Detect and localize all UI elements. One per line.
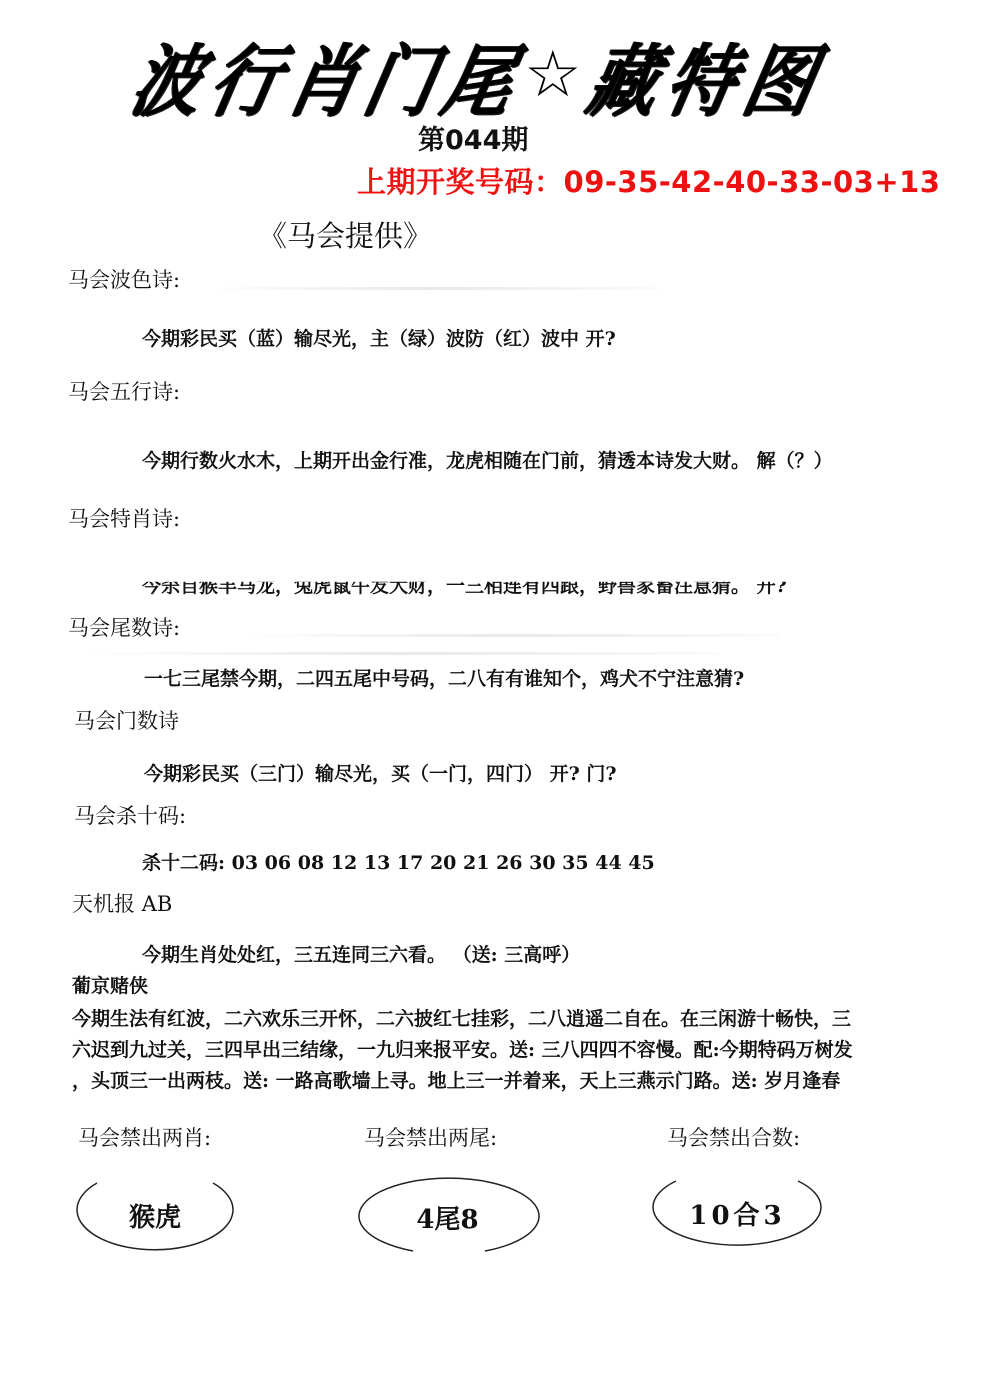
ban-oval-tail: 4尾8 (355, 1175, 540, 1255)
section-text-tail-number: 一七三尾禁今期，二四五尾中号码，二八有有谁知个，鸡犬不宁注意猜? (144, 664, 744, 691)
last-draw-result: 上期开奖号码：09-35-42-40-33-03+13 (357, 160, 941, 201)
last-draw-numbers: 09-35-42-40-33-03+13 (564, 165, 941, 199)
section-heading-gate-number: 马会门数诗 (74, 705, 179, 735)
provider-title: 《马会提供》 (258, 214, 432, 255)
ban-oval-zodiac: 猴虎 (70, 1175, 240, 1260)
ban-value-sum: 10合3 (650, 1195, 825, 1232)
puzzle-paragraph: 今期生法有红波，二六欢乐三开怀，二六披红七挂彩，二八逍遥二自在。在三闲游十畅快，… (72, 1004, 907, 1097)
section-text-kill-numbers: 杀十二码: 03 06 08 12 13 17 20 21 26 30 35 4… (142, 848, 655, 875)
ban-label-zodiac: 马会禁出两肖: (78, 1122, 211, 1152)
scan-artifact-line (240, 634, 780, 637)
star-icon: ☆ (524, 38, 581, 112)
section-text-gate-number: 今期彩民买（三门）输尽光，买（一门，四门） 开? 门? (144, 759, 617, 786)
section-text-tianji: 今期生肖处处红，三五连同三六看。 （送: 三高呼） (142, 940, 580, 967)
section-text-five-elements: 今期行数火水木，上期开出金行准，龙虎相随在门前，猜透本诗发大财。 解（？） (142, 446, 833, 473)
last-draw-label: 上期开奖号码： (357, 165, 564, 199)
banner-char: 波 (123, 19, 215, 131)
scan-artifact-line (80, 652, 720, 655)
puzzle-line: ，头顶三一出两枝。送: 一路高歌墙上寻。地上三一并着来，天上三燕示门路。送: 岁… (72, 1066, 907, 1097)
banner-char: 行 (201, 19, 293, 131)
section-text-special-zodiac: 今杀自猴羊马龙，兔虎鼠牛发大财，一三相连有四跟，野兽家畜注意猜。 开? (142, 571, 787, 598)
banner-char: 门 (357, 19, 449, 131)
section-text-wave-color: 今期彩民买（蓝）输尽光，主（绿）波防（红）波中 开? (142, 324, 616, 351)
ban-label-sum: 马会禁出合数: (667, 1122, 800, 1152)
section-heading-kill-ten: 马会杀十码: (74, 800, 186, 830)
banner-char: 图 (735, 19, 827, 131)
banner-char: 尾 (434, 19, 526, 131)
section-heading-tianji: 天机报 AB (72, 888, 172, 918)
section-heading-wave-color: 马会波色诗: (68, 264, 180, 294)
section-heading-tail-number: 马会尾数诗: (68, 612, 180, 642)
issue-number: 第044期 (418, 118, 528, 157)
scan-artifact-line (200, 287, 660, 290)
banner-char: 藏 (579, 19, 671, 131)
ban-value-tail: 4尾8 (355, 1199, 540, 1236)
section-heading-five-elements: 马会五行诗: (68, 376, 180, 406)
puzzle-heading: 葡京赌侠 (72, 971, 148, 998)
puzzle-line: 今期生法有红波，二六欢乐三开怀，二六披红七挂彩，二八逍遥二自在。在三闲游十畅快，… (72, 1004, 907, 1035)
banner-title: 波 行 肖 门 尾 ☆ 藏 特 图 (135, 30, 815, 120)
ban-label-tail: 马会禁出两尾: (364, 1122, 497, 1152)
banner-char: 肖 (279, 19, 371, 131)
ban-oval-sum: 10合3 (650, 1175, 825, 1255)
puzzle-line: 六迟到九过关，三四早出三结缘，一九归来报平安。送: 三八四四不容慢。配:今期特码… (72, 1035, 907, 1066)
banner-char: 特 (657, 19, 749, 131)
ban-value-zodiac: 猴虎 (70, 1197, 240, 1234)
section-heading-special-zodiac: 马会特肖诗: (68, 503, 180, 533)
